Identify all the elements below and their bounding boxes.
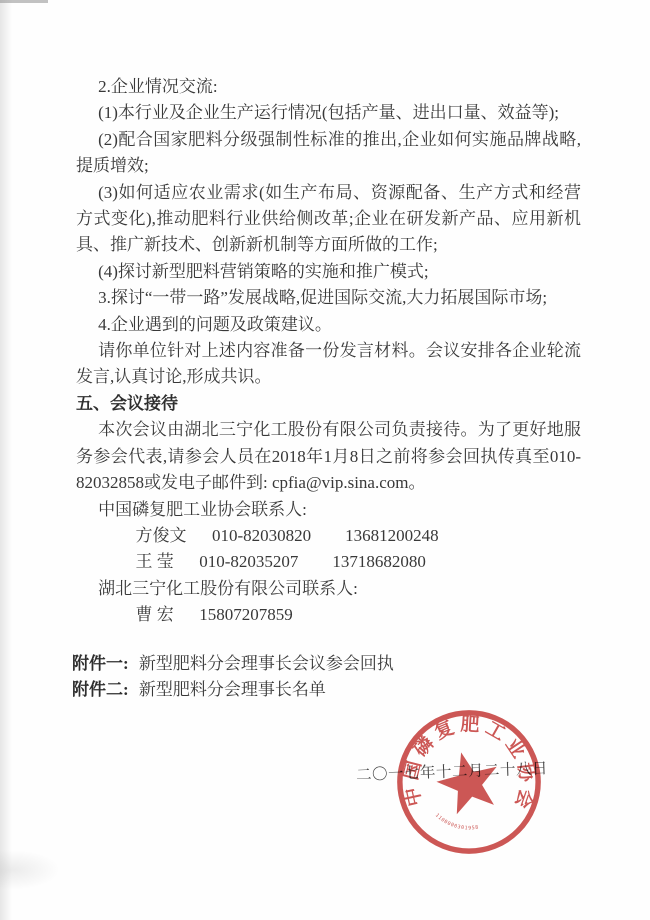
svg-text:1100000301958: 1100000301958 xyxy=(434,812,480,831)
scanned-document-page: 2.企业情况交流: (1)本行业及企业生产运行情况(包括产量、进出口量、效益等)… xyxy=(0,0,650,920)
contact-mobile: 13681200248 xyxy=(345,526,439,545)
scan-smudge xyxy=(0,850,60,890)
attachment-2-title: 新型肥料分会理事长名单 xyxy=(139,680,326,699)
attachments-list: 附件一:新型肥料分会理事长会议参会回执 附件二:新型肥料分会理事长名单 xyxy=(72,651,581,704)
contact-name: 方俊文 xyxy=(136,526,187,545)
agenda-item-2-sub-4: (4)探讨新型肥料营销策略的实施和推广模式; xyxy=(76,259,581,285)
attachment-2: 附件二:新型肥料分会理事长名单 xyxy=(72,677,581,703)
official-seal-stamp: 中国磷复肥工业协会 1100000301958 xyxy=(390,703,548,861)
stamp-star-icon xyxy=(431,745,505,817)
company-contacts-label: 湖北三宁化工股份有限公司联系人: xyxy=(76,576,581,602)
agenda-item-2: 2.企业情况交流: xyxy=(76,74,581,100)
contact-phone: 010-82035207 xyxy=(199,552,298,571)
scan-left-edge-shadow xyxy=(0,0,12,920)
contact-row: 王 莹010-8203520713718682080 xyxy=(76,549,581,575)
association-contacts-label: 中国磷复肥工业协会联系人: xyxy=(76,497,581,523)
agenda-item-2-sub-3: (3)如何适应农业需求(如生产布局、资源配备、生产方式和经营方式变化),推动肥料… xyxy=(76,180,581,259)
contact-name: 王 莹 xyxy=(136,552,174,571)
attachment-1-title: 新型肥料分会理事长会议参会回执 xyxy=(139,654,394,673)
paragraph-prepare-materials: 请你单位针对上述内容准备一份发言材料。会议安排各企业轮流发言,认真讨论,形成共识… xyxy=(76,338,581,391)
attachment-1: 附件一:新型肥料分会理事长会议参会回执 xyxy=(72,651,581,677)
agenda-item-4: 4.企业遇到的问题及政策建议。 xyxy=(76,312,581,338)
contact-row: 方俊文010-8203082013681200248 xyxy=(76,523,581,549)
paragraph-reception: 本次会议由湖北三宁化工股份有限公司负责接待。为了更好地服务参会代表,请参会人员在… xyxy=(76,417,581,496)
contact-name: 曹 宏 xyxy=(136,605,174,624)
agenda-item-2-sub-2: (2)配合国家肥料分级强制性标准的推出,企业如何实施品牌战略,提质增效; xyxy=(76,127,581,180)
stamp-serial: 1100000301958 xyxy=(434,812,480,831)
section-5-heading: 五、会议接待 xyxy=(76,391,581,417)
contact-phone: 010-82030820 xyxy=(212,526,311,545)
contact-row: 曹 宏15807207859 xyxy=(76,602,581,628)
attachment-1-label: 附件一: xyxy=(72,654,129,673)
attachment-2-label: 附件二: xyxy=(72,680,129,699)
agenda-item-3: 3.探讨“一带一路”发展战略,促进国际交流,大力拓展国际市场; xyxy=(76,285,581,311)
contact-mobile: 15807207859 xyxy=(199,605,293,624)
document-body: 2.企业情况交流: (1)本行业及企业生产运行情况(包括产量、进出口量、效益等)… xyxy=(76,74,581,703)
contact-mobile: 13718682080 xyxy=(332,552,426,571)
scan-top-edge-mark xyxy=(0,0,48,3)
agenda-item-2-sub-1: (1)本行业及企业生产运行情况(包括产量、进出口量、效益等); xyxy=(76,100,581,126)
